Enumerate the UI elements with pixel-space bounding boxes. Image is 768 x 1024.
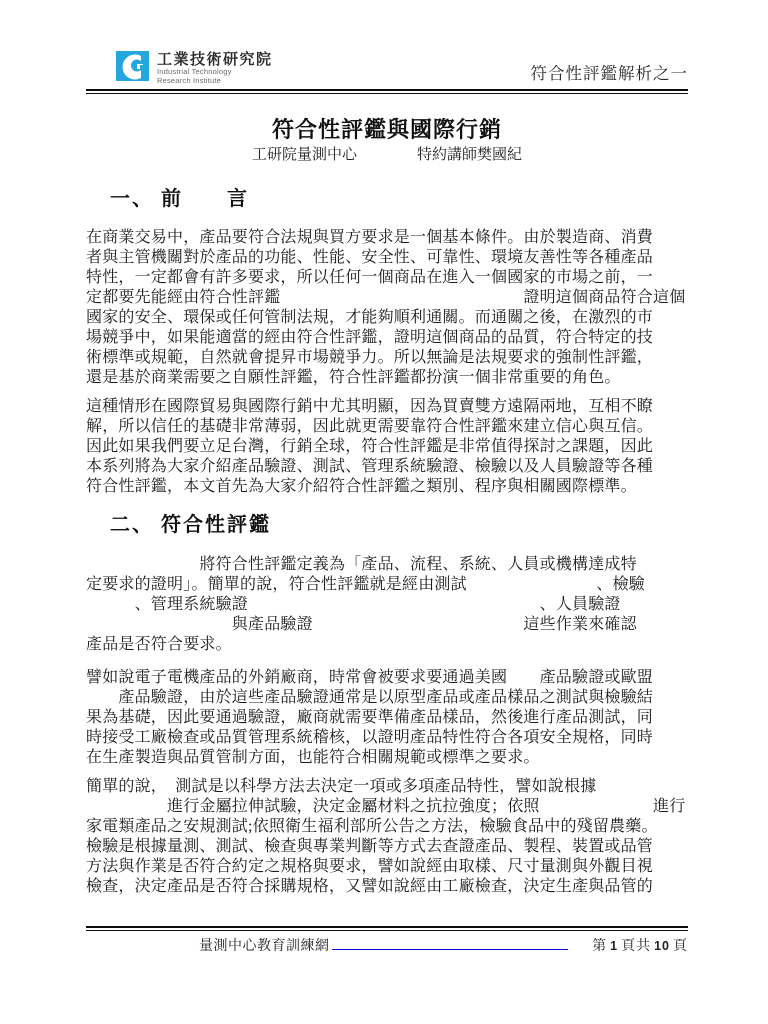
itri-logo: 工業技術研究院 Industrial Technology Research I… (116, 51, 273, 85)
logo-en-line2: Research Institute (157, 77, 273, 86)
page-footer: 量測中心教育訓練網 第1頁共10頁 (86, 926, 688, 955)
page-infix: 頁共 (621, 939, 651, 954)
current-page-number: 1 (607, 939, 621, 953)
footer-site-label: 量測中心教育訓練網 (199, 935, 330, 955)
section2-heading: 二、 符合性評鑑 (110, 512, 688, 539)
footer-row: 量測中心教育訓練網 第1頁共10頁 (86, 935, 688, 955)
page-prefix: 第 (592, 939, 607, 954)
section2-paragraph-2: 譬如說電子電機產品的外銷廠商，時常會被要求要通過美國 產品驗證或歐盟 產品驗證，… (86, 668, 688, 768)
section1-heading: 一、 前 言 (110, 186, 688, 213)
doc-series-label: 符合性評鑑解析之一 (531, 60, 689, 85)
page-header: 工業技術研究院 Industrial Technology Research I… (86, 51, 688, 85)
byline: 工研院量測中心 特約講師樊國紀 (86, 146, 688, 165)
section1-paragraph-2: 這種情形在國際貿易與國際行銷中尤其明顯，因為買賣雙方遠隔兩地，互相不瞭 解，所以… (86, 397, 688, 497)
section2-paragraph-1: 將符合性評鑑定義為「產品、流程、系統、人員或機構達成特 定要求的證明」。簡單的說… (86, 555, 688, 655)
footer-rule (86, 926, 688, 931)
page-content: 工業技術研究院 Industrial Technology Research I… (86, 0, 688, 897)
page-suffix: 頁 (673, 939, 688, 954)
page-title: 符合性評鑑與國際行銷 (86, 117, 688, 143)
itri-logo-icon (116, 51, 149, 81)
logo-zh-name: 工業技術研究院 (157, 51, 273, 68)
page-number-info: 第1頁共10頁 (592, 935, 688, 955)
itri-logo-text: 工業技術研究院 Industrial Technology Research I… (157, 51, 273, 85)
header-rule (86, 89, 688, 94)
section1-paragraph-1: 在商業交易中，產品要符合法規與買方要求是一個基本條件。由於製造商、消費 者與主管… (86, 228, 688, 388)
total-page-number: 10 (651, 939, 673, 953)
document-page: 工業技術研究院 Industrial Technology Research I… (0, 0, 768, 1024)
section2-paragraph-3: 簡單的說， 測試是以科學方法去決定一項或多項產品特性，譬如說根據 進行金屬拉伸試… (86, 777, 688, 897)
training-site-link[interactable] (332, 938, 568, 950)
